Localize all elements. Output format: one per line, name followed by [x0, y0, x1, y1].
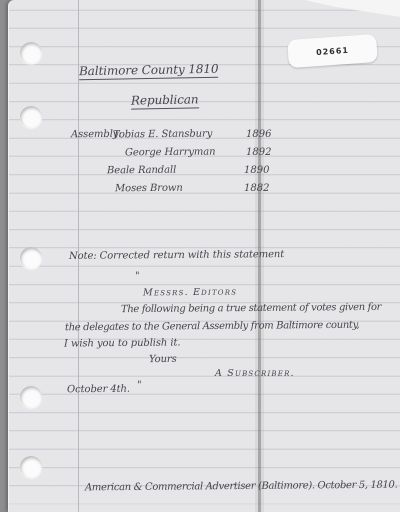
candidate-votes: 1896 — [246, 129, 271, 140]
close-quote: " — [137, 380, 142, 391]
letter-date: October 4th. — [67, 384, 130, 396]
letter-line-3: I wish you to publish it. — [64, 337, 181, 349]
candidate-name: Tobias E. Stansbury — [113, 129, 212, 141]
inventory-label-sticker: 02661 — [287, 34, 378, 68]
note-line: Note: Corrected return with this stateme… — [69, 249, 284, 262]
source-citation: American & Commercial Advertiser (Baltim… — [85, 480, 397, 494]
open-quote: " — [135, 271, 140, 282]
letter-salutation: Messrs. Editors — [143, 287, 237, 299]
candidate-votes: 1892 — [246, 147, 271, 158]
page-corner-overlay — [291, 0, 400, 17]
punch-hole-2 — [20, 106, 42, 128]
letter-signature: A Subscriber. — [215, 368, 295, 379]
letter-line-1: The following being a true statement of … — [121, 302, 381, 315]
candidate-votes: 1882 — [244, 183, 269, 194]
punch-hole-5 — [20, 456, 42, 478]
notebook-paper: 02661 Baltimore County 1810 Republican A… — [8, 0, 400, 512]
candidate-votes: 1890 — [244, 165, 269, 176]
doc-title: Baltimore County 1810 — [79, 62, 219, 80]
punch-hole-3 — [20, 247, 42, 269]
candidate-name: Moses Brown — [115, 183, 183, 195]
punch-hole-1 — [20, 42, 42, 64]
party-heading: Republican — [131, 92, 199, 109]
candidate-name: Beale Randall — [107, 165, 176, 177]
letter-closing: Yours — [149, 354, 177, 365]
punch-hole-4 — [20, 386, 42, 408]
letter-line-2: the delegates to the General Assembly fr… — [65, 320, 359, 334]
scanned-notebook-page: { "sticker": { "number": "02661" }, "doc… — [0, 0, 400, 512]
candidate-name: George Harryman — [125, 147, 216, 159]
inventory-label-number: 02661 — [316, 45, 349, 56]
